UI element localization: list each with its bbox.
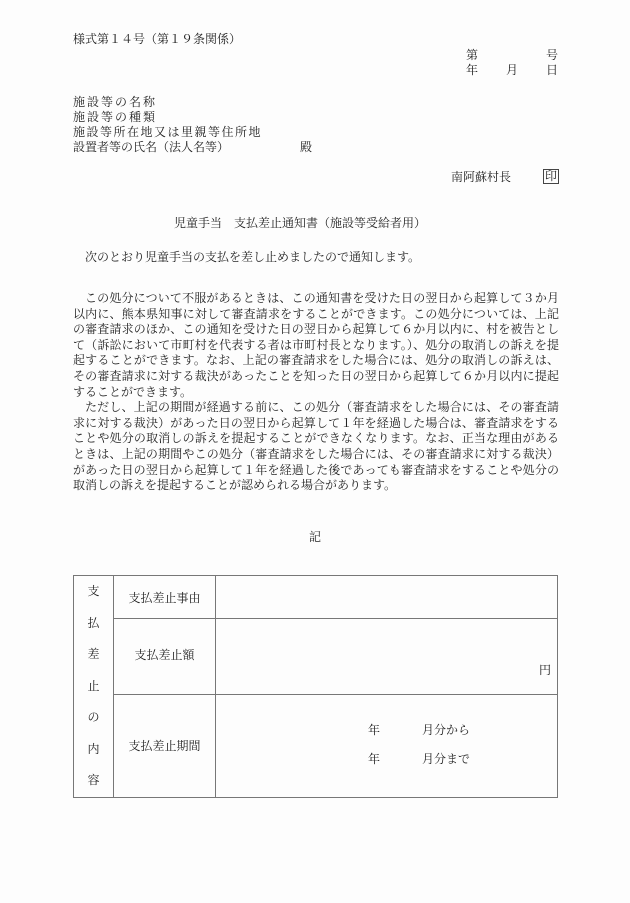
recipient-address: 施設等所在地又は里親等住所地: [73, 125, 262, 139]
appeal-paragraph-2: ただし、上記の期間が経過する前に、この処分（審査請求をした場合には、その審査請求…: [73, 400, 559, 494]
value-suspension-period[interactable]: 年 月分から 年 月分まで: [216, 695, 558, 797]
doc-number-prefix: 第: [466, 48, 478, 62]
group-label-char: 支: [74, 576, 113, 608]
date-day: 日: [546, 63, 558, 77]
intro-text: 次のとおり児童手当の支払を差し止めましたので通知します。: [85, 250, 420, 264]
doc-number-suffix: 号: [546, 48, 558, 62]
value-suspension-reason[interactable]: [216, 576, 558, 619]
group-label-suspension-contents: 支 払 差 止 の 内 容: [74, 576, 114, 798]
group-label-char: 止: [74, 671, 113, 703]
date-month: 月: [506, 63, 518, 77]
period-to-month: 月分まで: [422, 752, 470, 766]
document-title: 児童手当 支払差止通知書（施設等受給者用）: [174, 216, 426, 230]
yen-unit: 円: [539, 661, 551, 678]
ki-label: 記: [309, 530, 321, 544]
period-to-year: 年: [368, 752, 380, 766]
group-label-char: の: [74, 702, 113, 734]
label-suspension-reason: 支払差止事由: [114, 576, 216, 619]
value-suspension-amount[interactable]: 円: [216, 619, 558, 695]
honorific: 殿: [300, 140, 312, 154]
seal-mark: 印: [543, 169, 559, 184]
group-label-char: 容: [74, 765, 113, 797]
group-label-char: 払: [74, 608, 113, 640]
seal-icon: 印: [543, 169, 559, 184]
recipient-facility-type: 施設等の種類: [73, 110, 157, 124]
suspension-details-table: 支 払 差 止 の 内 容 支払差止事由 支払差止額 円 支払差止期間 年 月分…: [73, 575, 558, 798]
appeal-paragraph-1: この処分について不服があるときは、この通知書を受けた日の翌日から起算して３か月以…: [73, 291, 559, 400]
sender-name: 南阿蘇村長: [451, 170, 511, 184]
label-suspension-amount: 支払差止額: [114, 619, 216, 695]
recipient-owner-name: 設置者等の氏名（法人名等）: [73, 140, 229, 154]
period-from-month: 月分から: [422, 723, 470, 737]
table-row-amount: 支払差止額 円: [74, 619, 558, 695]
group-label-char: 内: [74, 734, 113, 766]
table-row-period: 支払差止期間 年 月分から 年 月分まで: [74, 695, 558, 797]
group-label-char: 差: [74, 639, 113, 671]
form-number: 様式第１４号（第１９条関係）: [73, 32, 241, 46]
appeal-notice: この処分について不服があるときは、この通知書を受けた日の翌日から起算して３か月以…: [73, 291, 559, 494]
table-row-reason: 支 払 差 止 の 内 容 支払差止事由: [74, 576, 558, 619]
period-from-year: 年: [368, 723, 380, 737]
date-year: 年: [466, 63, 478, 77]
recipient-facility-name: 施設等の名称: [73, 95, 157, 109]
label-suspension-period: 支払差止期間: [114, 695, 216, 797]
